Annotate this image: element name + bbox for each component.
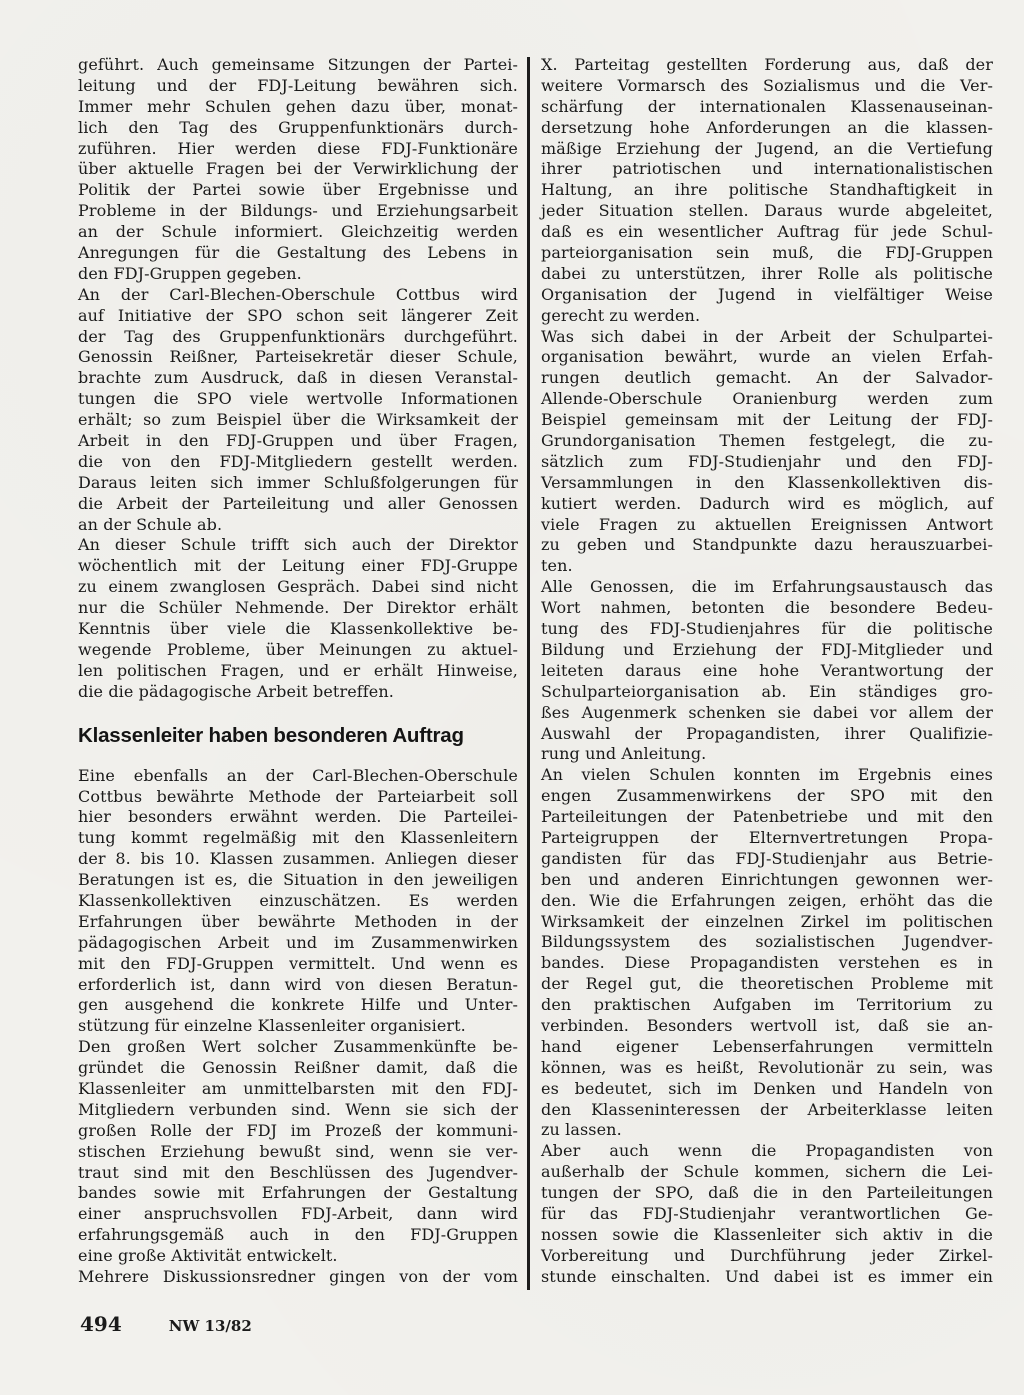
- text-line: rungen deutlich gemacht. An der Salvador…: [541, 368, 993, 389]
- text-line: Politik der Partei sowie über Ergebnisse…: [78, 180, 518, 201]
- text-line: der Tag des Gruppenfunktionärs durchgefü…: [78, 327, 518, 348]
- text-line: Parteigruppen der Elternvertretungen Pro…: [541, 828, 993, 849]
- paragraph: Aber auch wenn die Propagandisten vonauß…: [541, 1141, 993, 1287]
- text-line: dabei zu unterstützen, ihrer Rolle als p…: [541, 264, 993, 285]
- paragraph: Alle Genossen, die im Erfahrungsaustausc…: [541, 577, 993, 765]
- text-line: Klassenkollektiven einzuschätzen. Es wer…: [78, 891, 518, 912]
- paragraph: Was sich dabei in der Arbeit der Schulpa…: [541, 327, 993, 578]
- text-line: außerhalb der Schule kommen, sichern die…: [541, 1162, 993, 1183]
- paragraph: Mehrere Diskussionsredner gingen von der…: [78, 1267, 518, 1288]
- text-line: tungen der SPO, daß die in den Parteilei…: [541, 1183, 993, 1204]
- text-line: pädagogischen Arbeit und im Zusammenwirk…: [78, 933, 518, 954]
- section-heading: Klassenleiter haben besonderen Auftrag: [78, 724, 518, 748]
- text-line: auf Initiative der SPO schon seit länger…: [78, 306, 518, 327]
- text-line: engen Zusammenwirkens der SPO mit den: [541, 786, 993, 807]
- text-line: stischen Erziehung bewußt sind, wenn sie…: [78, 1142, 518, 1163]
- text-line: Daraus leiten sich immer Schlußfolgerung…: [78, 473, 518, 494]
- page-footer: 494NW 13/82: [80, 1312, 252, 1336]
- text-line: eine große Aktivität entwickelt.: [78, 1246, 518, 1267]
- text-line: zu einem zwanglosen Gespräch. Dabei sind…: [78, 577, 518, 598]
- text-line: Mitgliedern verbunden sind. Wenn sie sic…: [78, 1100, 518, 1121]
- text-line: Probleme in der Bildungs- und Erziehungs…: [78, 201, 518, 222]
- page: geführt. Auch gemeinsame Sitzungen der P…: [0, 0, 1024, 1395]
- paragraph: geführt. Auch gemeinsame Sitzungen der P…: [78, 55, 518, 285]
- text-line: Haltung, an ihre politische Standhaftigk…: [541, 180, 993, 201]
- left-column: geführt. Auch gemeinsame Sitzungen der P…: [78, 55, 518, 1288]
- text-line: weitere Vormarsch des Sozialismus und di…: [541, 76, 993, 97]
- text-line: Parteileitungen der Patenbetriebe und mi…: [541, 807, 993, 828]
- text-line: brachte zum Ausdruck, daß in diesen Vera…: [78, 368, 518, 389]
- text-line: tungen die SPO viele wertvolle Informati…: [78, 389, 518, 410]
- text-line: ten.: [541, 556, 993, 577]
- text-line: Kenntnis über viele die Klassenkollektiv…: [78, 619, 518, 640]
- text-line: ben und anderen Einrichtungen gewonnen w…: [541, 870, 993, 891]
- text-line: Auswahl der Propagandisten, ihrer Qualif…: [541, 724, 993, 745]
- text-line: Eine ebenfalls an der Carl-Blechen-Obers…: [78, 766, 518, 787]
- text-line: kutiert werden. Dadurch wird es möglich,…: [541, 494, 993, 515]
- page-number: 494: [80, 1312, 122, 1336]
- text-line: Aber auch wenn die Propagandisten von: [541, 1141, 993, 1162]
- text-line: Beratungen ist es, die Situation in den …: [78, 870, 518, 891]
- text-line: Organisation der Jugend in vielfältiger …: [541, 285, 993, 306]
- text-line: den Klasseninteressen der Arbeiterklasse…: [541, 1100, 993, 1121]
- text-line: Alle Genossen, die im Erfahrungsaustausc…: [541, 577, 993, 598]
- text-line: verbinden. Besonders wertvoll ist, daß s…: [541, 1016, 993, 1037]
- text-line: Den großen Wert solcher Zusammenkünfte b…: [78, 1037, 518, 1058]
- text-line: Versammlungen in den Klassenkollektiven …: [541, 473, 993, 494]
- text-line: Schulparteiorganisation ab. Ein ständige…: [541, 682, 993, 703]
- text-line: ihrer patriotischen und internationalist…: [541, 159, 993, 180]
- text-line: Immer mehr Schulen gehen dazu über, mona…: [78, 97, 518, 118]
- text-line: sätzlich zum FDJ-Studienjahr und den FDJ…: [541, 452, 993, 473]
- text-line: Vorbereitung und Durchführung jeder Zirk…: [541, 1246, 993, 1267]
- column-divider: [527, 57, 530, 1290]
- text-line: den FDJ-Gruppen gegeben.: [78, 264, 518, 285]
- text-line: bandes sowie mit Erfahrungen der Gestalt…: [78, 1183, 518, 1204]
- text-line: Anregungen für die Gestaltung des Lebens…: [78, 243, 518, 264]
- text-line: traut sind mit den Beschlüssen des Jugen…: [78, 1163, 518, 1184]
- text-line: die Arbeit der Parteileitung und aller G…: [78, 494, 518, 515]
- text-line: leiteten daraus eine hohe Verantwortung …: [541, 661, 993, 682]
- text-line: jeder Situation stellen. Daraus wurde ab…: [541, 201, 993, 222]
- text-line: tung kommt regelmäßig mit den Klassenlei…: [78, 828, 518, 849]
- text-line: X. Parteitag gestellten Forderung aus, d…: [541, 55, 993, 76]
- text-line: rung und Anleitung.: [541, 744, 993, 765]
- text-line: leitung und der FDJ-Leitung bewähren sic…: [78, 76, 518, 97]
- text-line: Was sich dabei in der Arbeit der Schulpa…: [541, 327, 993, 348]
- text-line: Bildung und Erziehung der FDJ-Mitglieder…: [541, 640, 993, 661]
- text-line: zuführen. Hier werden diese FDJ-Funktion…: [78, 139, 518, 160]
- text-line: organisation bewährt, wurde an vielen Er…: [541, 347, 993, 368]
- text-line: erforderlich ist, dann wird von diesen B…: [78, 975, 518, 996]
- text-line: die die pädagogische Arbeit betreffen.: [78, 682, 518, 703]
- text-line: Erfahrungen über bewährte Methoden in de…: [78, 912, 518, 933]
- text-line: Wort nahmen, betonten die besondere Bede…: [541, 598, 993, 619]
- text-line: Cottbus bewährte Methode der Parteiarbei…: [78, 787, 518, 808]
- text-line: Beispiel gemeinsam mit der Leitung der F…: [541, 410, 993, 431]
- text-line: stützung für einzelne Klassenleiter orga…: [78, 1016, 518, 1037]
- text-line: Grundorganisation Themen festgelegt, die…: [541, 431, 993, 452]
- text-line: parteiorganisation sein muß, die FDJ-Gru…: [541, 243, 993, 264]
- issue-label: NW 13/82: [169, 1317, 252, 1335]
- text-line: stunde einschalten. Und dabei ist es imm…: [541, 1267, 993, 1288]
- text-line: für das FDJ-Studienjahr verantwortlichen…: [541, 1204, 993, 1225]
- text-line: viele Fragen zu aktuellen Ereignissen An…: [541, 515, 993, 536]
- text-line: gerecht zu werden.: [541, 306, 993, 327]
- text-line: gandisten für das FDJ-Studienjahr aus Be…: [541, 849, 993, 870]
- text-line: erfahrungsgemäß auch in den FDJ-Gruppen: [78, 1225, 518, 1246]
- text-line: Wirksamkeit der einzelnen Zirkel im poli…: [541, 912, 993, 933]
- paragraph: An dieser Schule trifft sich auch der Di…: [78, 535, 518, 702]
- right-column: X. Parteitag gestellten Forderung aus, d…: [541, 55, 993, 1288]
- text-line: lich den Tag des Gruppenfunktionärs durc…: [78, 118, 518, 139]
- text-line: können, was es heißt, Revolutionär zu se…: [541, 1058, 993, 1079]
- text-line: der 8. bis 10. Klassen zusammen. Anliege…: [78, 849, 518, 870]
- text-line: den praktischen Aufgaben im Territorium …: [541, 995, 993, 1016]
- text-line: einer anspruchsvollen FDJ-Arbeit, dann w…: [78, 1204, 518, 1225]
- text-line: tung des FDJ-Studienjahres für die polit…: [541, 619, 993, 640]
- text-line: es bedeutet, sich im Denken und Handeln …: [541, 1079, 993, 1100]
- paragraph: Den großen Wert solcher Zusammenkünfte b…: [78, 1037, 518, 1267]
- text-line: Arbeit in den FDJ-Gruppen und über Frage…: [78, 431, 518, 452]
- text-line: An der Carl-Blechen-Oberschule Cottbus w…: [78, 285, 518, 306]
- text-line: ßes Augenmerk schenken sie dabei vor all…: [541, 703, 993, 724]
- text-line: gen ausgehend die konkrete Hilfe und Unt…: [78, 995, 518, 1016]
- text-line: Mehrere Diskussionsredner gingen von der…: [78, 1267, 518, 1288]
- text-line: an der Schule ab.: [78, 515, 518, 536]
- text-line: Genossin Reißner, Parteisekretär dieser …: [78, 347, 518, 368]
- text-line: Bildungssystem des sozialistischen Jugen…: [541, 932, 993, 953]
- text-line: bandes. Diese Propagandisten verstehen e…: [541, 953, 993, 974]
- text-line: nossen sowie die Klassenleiter sich akti…: [541, 1225, 993, 1246]
- text-line: hand eigener Lebenserfahrungen vermittel…: [541, 1037, 993, 1058]
- paragraph: An der Carl-Blechen-Oberschule Cottbus w…: [78, 285, 518, 536]
- text-line: an der Schule informiert. Gleichzeitig w…: [78, 222, 518, 243]
- text-line: An dieser Schule trifft sich auch der Di…: [78, 535, 518, 556]
- text-line: gründet die Genossin Reißner damit, daß …: [78, 1058, 518, 1079]
- text-line: großen Rolle der FDJ im Prozeß der kommu…: [78, 1121, 518, 1142]
- text-line: len politischen Fragen, und er erhält Hi…: [78, 661, 518, 682]
- text-line: mäßige Erziehung der Jugend, an die Vert…: [541, 139, 993, 160]
- text-line: mit den FDJ-Gruppen vermittelt. Und wenn…: [78, 954, 518, 975]
- text-line: über aktuelle Fragen bei der Verwirklich…: [78, 159, 518, 180]
- text-line: zu geben und Standpunkte dazu herauszuar…: [541, 535, 993, 556]
- text-line: Klassenleiter am unmittelbarsten mit den…: [78, 1079, 518, 1100]
- text-line: erhält; so zum Beispiel über die Wirksam…: [78, 410, 518, 431]
- text-line: wöchentlich mit der Leitung einer FDJ-Gr…: [78, 556, 518, 577]
- text-line: zu lassen.: [541, 1120, 993, 1141]
- text-line: den. Wie die Erfahrungen zeigen, erhöht …: [541, 891, 993, 912]
- text-line: An vielen Schulen konnten im Ergebnis ei…: [541, 765, 993, 786]
- text-line: wegende Probleme, über Meinungen zu aktu…: [78, 640, 518, 661]
- paragraph: X. Parteitag gestellten Forderung aus, d…: [541, 55, 993, 327]
- text-line: der Regel gut, die theoretischen Problem…: [541, 974, 993, 995]
- text-line: daß es ein wesentlicher Auftrag für jede…: [541, 222, 993, 243]
- text-line: dersetzung hohe Anforderungen an die kla…: [541, 118, 993, 139]
- paragraph: Eine ebenfalls an der Carl-Blechen-Obers…: [78, 766, 518, 1038]
- text-line: schärfung der internationalen Klassenaus…: [541, 97, 993, 118]
- text-line: die von den FDJ-Mitgliedern gestellt wer…: [78, 452, 518, 473]
- text-line: geführt. Auch gemeinsame Sitzungen der P…: [78, 55, 518, 76]
- text-line: Allende-Oberschule Oranienburg werden zu…: [541, 389, 993, 410]
- text-line: hier besonders erwähnt werden. Die Parte…: [78, 807, 518, 828]
- paragraph: An vielen Schulen konnten im Ergebnis ei…: [541, 765, 993, 1141]
- text-line: nur die Schüler Nehmende. Der Direktor e…: [78, 598, 518, 619]
